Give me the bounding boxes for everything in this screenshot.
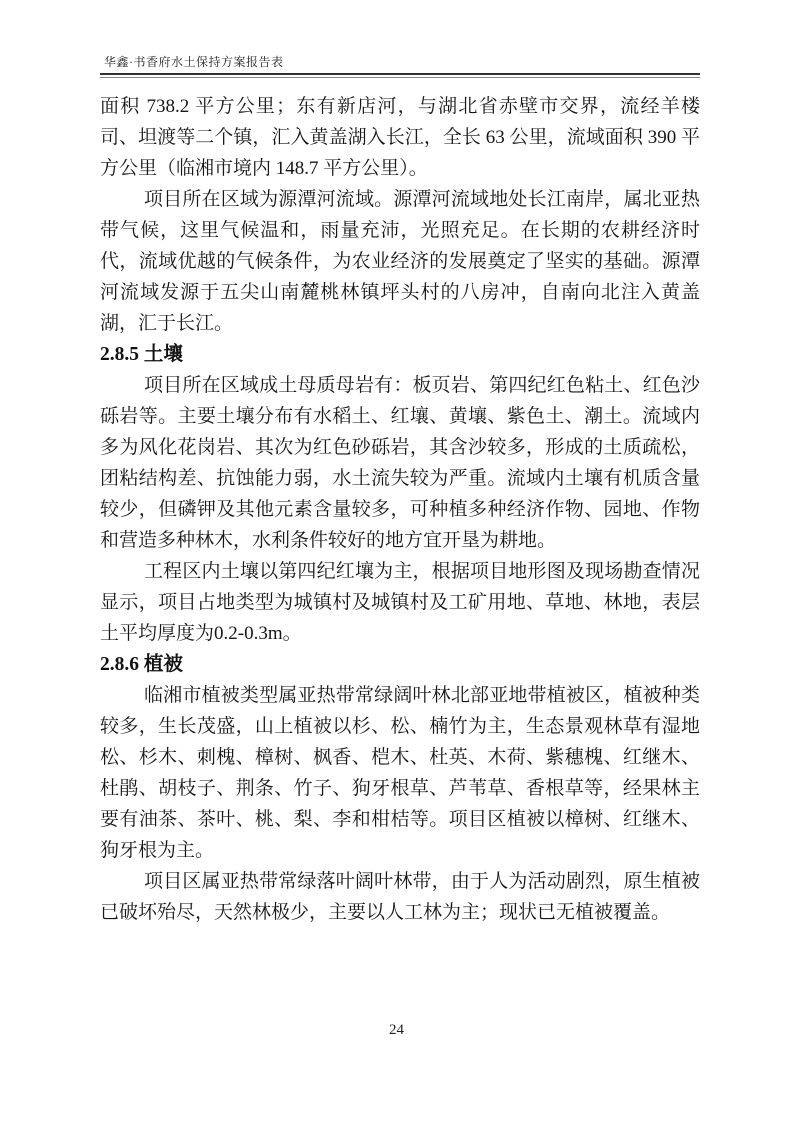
- page-number: 24: [389, 1022, 404, 1038]
- paragraph-project-soil-type: 工程区内土壤以第四纪红壤为主，根据项目地形图及现场勘查情况显示，项目占地类型为城…: [100, 556, 700, 649]
- heading-soil-section: 2.8.5 土壤: [100, 339, 700, 370]
- page-header: 华鑫·书香府水土保持方案报告表: [100, 54, 700, 78]
- paragraph-soil-parent-rock: 项目所在区域成土母质母岩有：板页岩、第四纪红色粘土、红色沙砾岩等。主要土壤分布有…: [100, 370, 700, 556]
- paragraph-yuantan-river-region: 项目所在区域为源潭河流域。源潭河流域地处长江南岸，属北亚热带气候，这里气候温和，…: [100, 184, 700, 339]
- header-rule-thick: [100, 73, 700, 75]
- document-body: 面积 738.2 平方公里；东有新店河，与湖北省赤壁市交界，流经羊楼司、坦渡等二…: [100, 91, 700, 928]
- header-rule-thin: [100, 77, 700, 78]
- paragraph-vegetation-status: 项目区属亚热带常绿落叶阔叶林带，由于人为活动剧烈，原生植被已破坏殆尽，天然林极少…: [100, 866, 700, 928]
- heading-vegetation-section: 2.8.6 植被: [100, 649, 700, 680]
- paragraph-river-basin-area: 面积 738.2 平方公里；东有新店河，与湖北省赤壁市交界，流经羊楼司、坦渡等二…: [100, 91, 700, 184]
- header-title: 华鑫·书香府水土保持方案报告表: [100, 54, 700, 73]
- document-page: 华鑫·书香府水土保持方案报告表 面积 738.2 平方公里；东有新店河，与湖北省…: [0, 0, 793, 1122]
- paragraph-vegetation-types: 临湘市植被类型属亚热带常绿阔叶林北部亚地带植被区，植被种类较多，生长茂盛，山上植…: [100, 680, 700, 866]
- page-footer: 24: [0, 1020, 793, 1040]
